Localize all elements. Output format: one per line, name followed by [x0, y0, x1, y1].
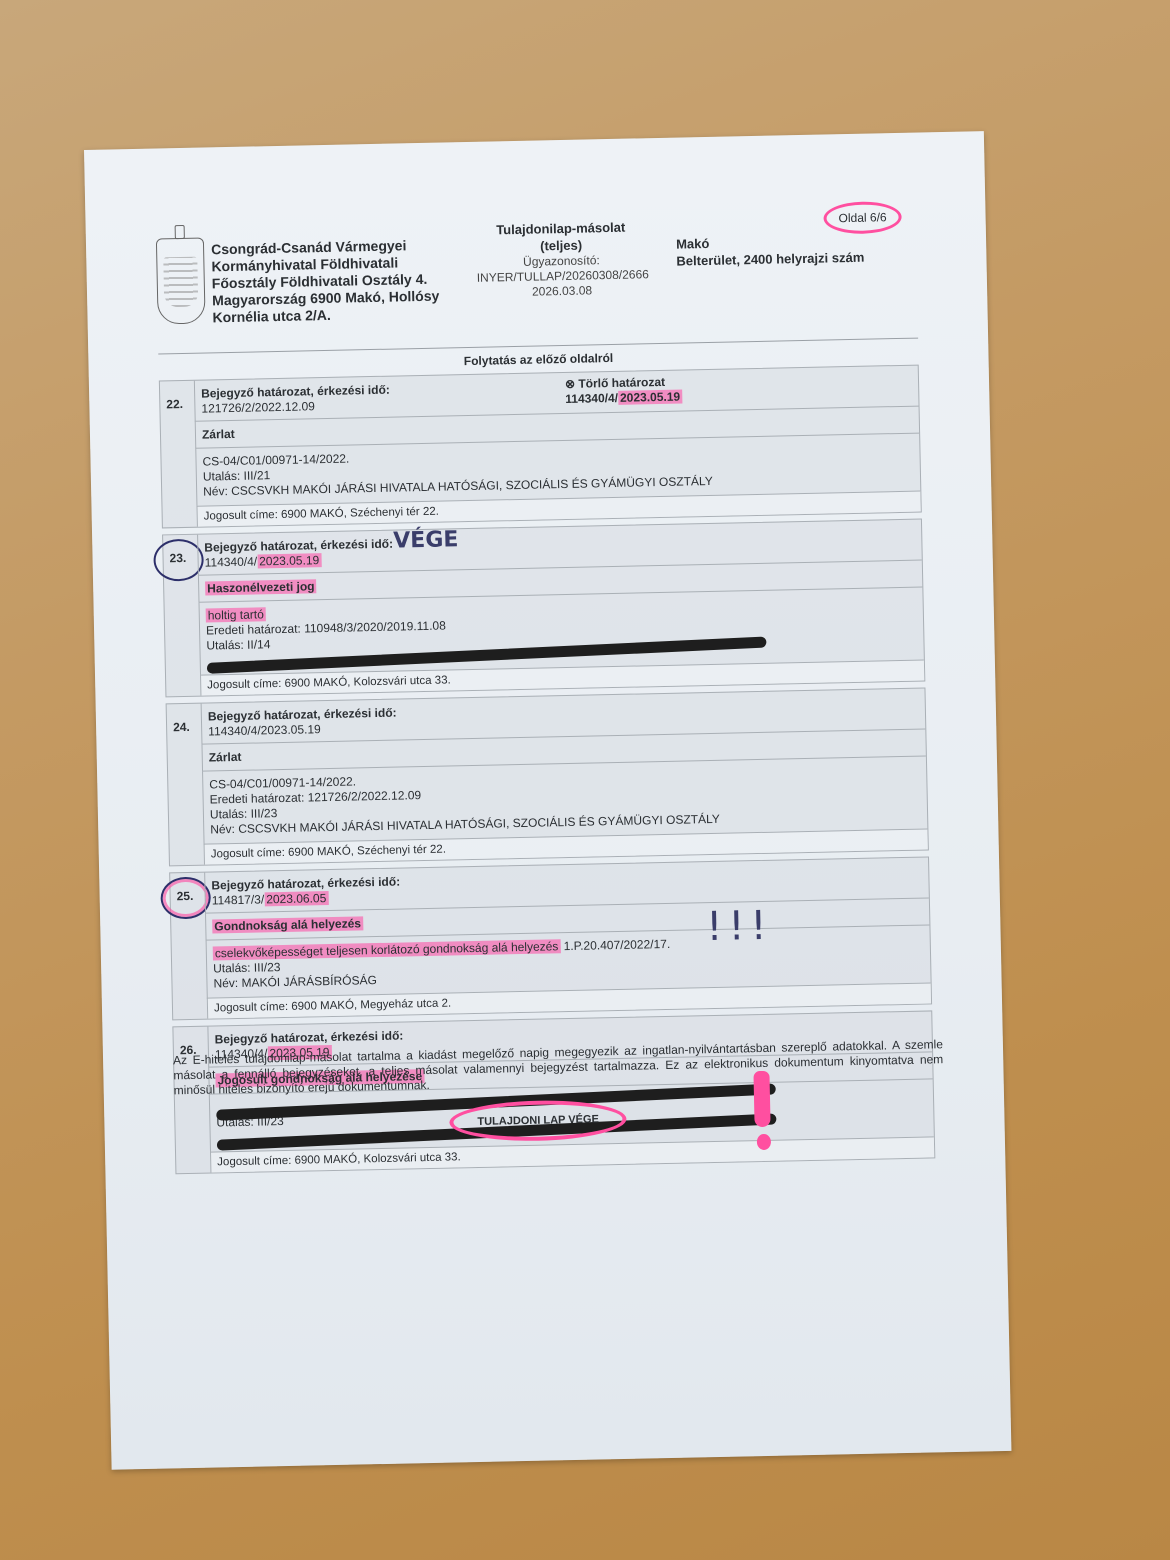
torlo-prefix: 114340/4/	[565, 391, 618, 406]
issuing-office: Csongrád-Csanád Vármegyei Kormányhivatal…	[211, 236, 473, 326]
entry-25: 25. Bejegyző határozat, érkezési idő: 11…	[169, 856, 932, 1020]
property-location: Makó Belterület, 2400 helyrajzi szám	[676, 232, 865, 270]
head-value-prefix: 114817/3/	[212, 892, 265, 907]
head-value-date: 2023.06.05	[264, 891, 328, 906]
document-title: Tulajdonilap-másolat	[476, 218, 646, 239]
entry-kind: Haszonélvezeti jog	[205, 579, 317, 595]
head-value: 114340/4/2023.05.19	[208, 722, 321, 738]
document-page: Csongrád-Csanád Vármegyei Kormányhivatal…	[84, 131, 1011, 1470]
entry-number: 23.	[169, 551, 186, 565]
entry-number: 22.	[166, 397, 183, 411]
head-label: Bejegyző határozat, érkezési idő:	[201, 383, 390, 401]
head-label: Bejegyző határozat, érkezési idő:	[215, 1029, 404, 1047]
head-label: Bejegyző határozat, érkezési idő:	[208, 706, 397, 724]
entry-number: 25.	[177, 889, 194, 903]
entry-number: 24.	[173, 720, 190, 734]
torlo-label: Törlő határozat	[578, 375, 665, 391]
head-value-date: 2023.05.19	[257, 553, 321, 568]
head-value: 121726/2/2022.12.09	[201, 399, 315, 415]
entry-22: 22. Bejegyző határozat, érkezési idő: 12…	[159, 365, 922, 529]
body-rest: 1.P.20.407/2022/17.	[560, 937, 670, 953]
coat-of-arms-icon	[156, 238, 206, 325]
handwritten-exclamations: !!!	[706, 919, 772, 935]
body-line: holtig tartó	[206, 607, 266, 622]
document-header: Csongrád-Csanád Vármegyei Kormányhivatal…	[156, 213, 918, 349]
parcel-description: Belterület, 2400 helyrajzi szám	[676, 249, 864, 270]
entry-24: 24. Bejegyző határozat, érkezési idő: 11…	[166, 687, 929, 866]
head-label: Bejegyző határozat, érkezési idő:	[204, 537, 393, 555]
deletion-decision: ⊗ Törlő határozat 114340/4/2023.05.19	[565, 375, 682, 407]
document-title-block: Tulajdonilap-másolat (teljes) Ügyazonosí…	[476, 218, 648, 301]
entry-23: 23. Bejegyző határozat, érkezési idő: 11…	[162, 519, 925, 698]
cancel-circle-icon: ⊗	[565, 377, 579, 391]
handwritten-note: VÉGE	[393, 527, 459, 553]
page-number: Oldal 6/6	[823, 201, 902, 235]
entry-kind: Gondnokság alá helyezés	[212, 916, 363, 933]
exclamation-mark-icon	[753, 1071, 770, 1127]
head-value-prefix: 114340/4/	[205, 554, 258, 569]
torlo-date: 2023.05.19	[618, 390, 682, 405]
head-label: Bejegyző határozat, érkezési idő:	[211, 875, 400, 893]
